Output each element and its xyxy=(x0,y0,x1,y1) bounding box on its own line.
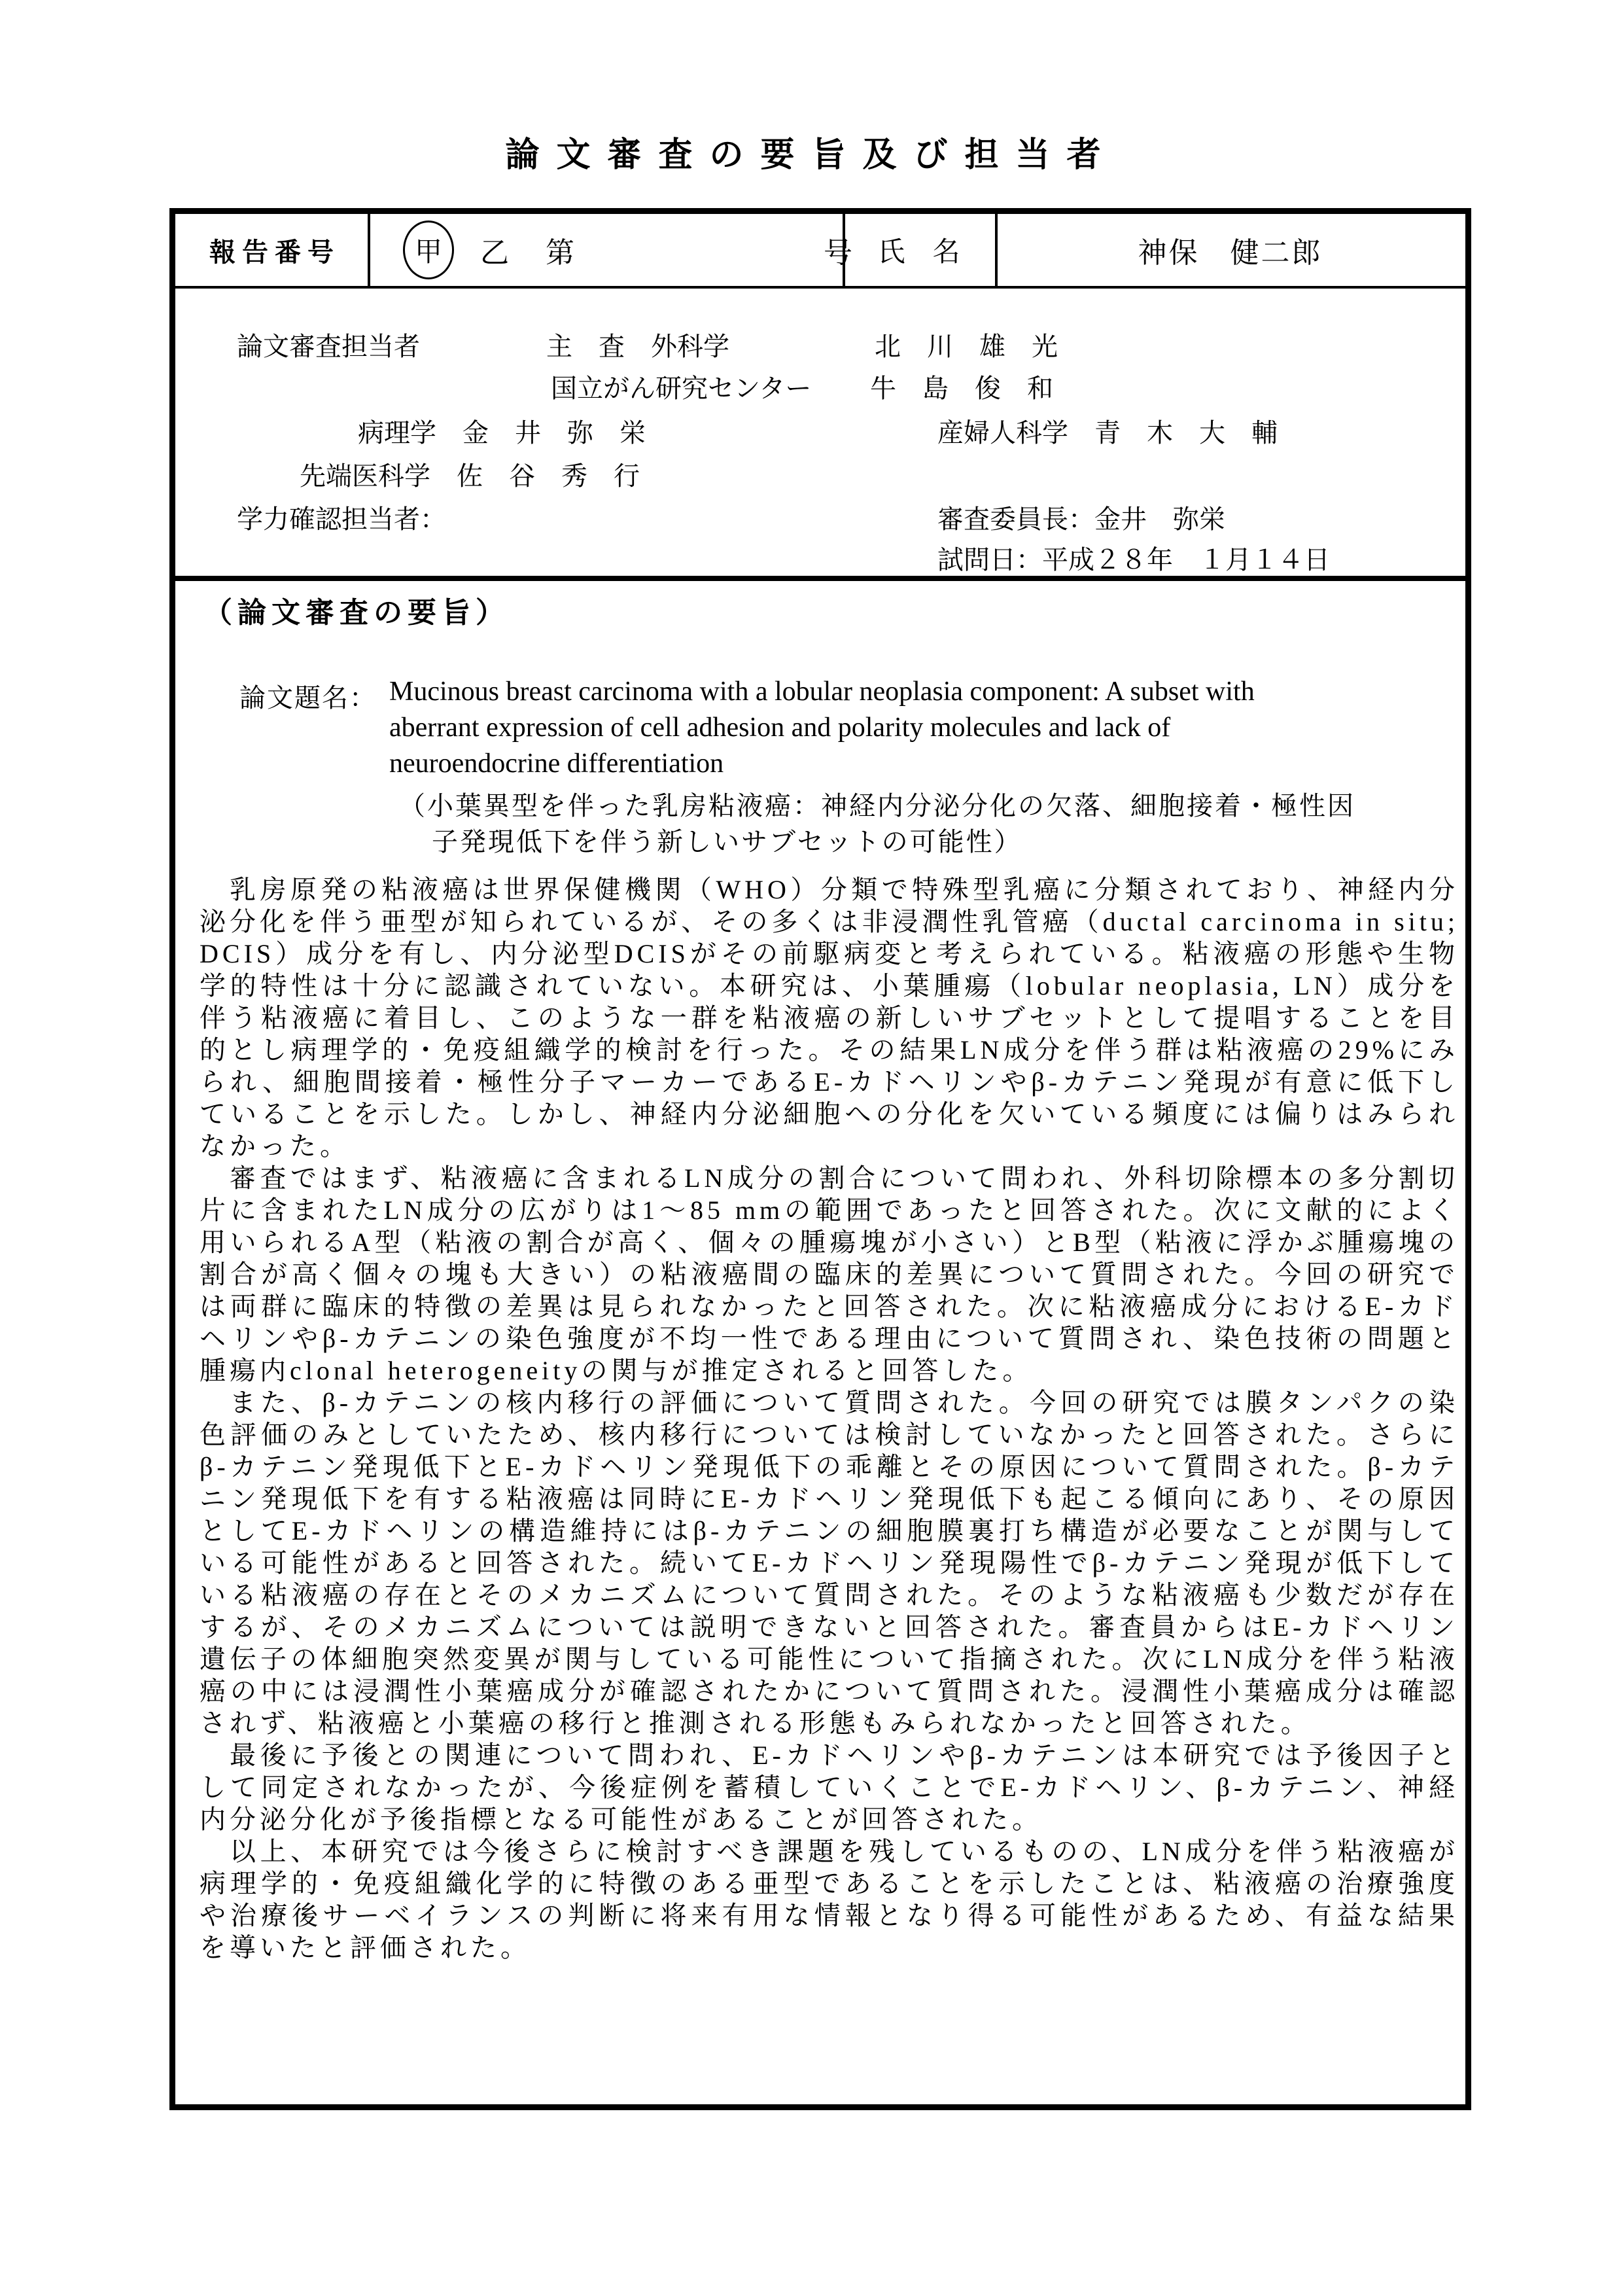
abstract-heading: （論文審査の要旨） xyxy=(203,589,510,631)
exam-date: 試問日：平成２８年 １月１４日 xyxy=(937,539,1330,576)
thesis-title-english: Mucinous breast carcinoma with a lobular… xyxy=(389,676,1255,707)
name-label: 氏 名 xyxy=(843,214,995,286)
thesis-title-label: 論文題名： xyxy=(239,677,377,715)
chief-examiner-field: 主 査 外科学 xyxy=(546,326,729,363)
summary-paragraph: 乳房原発の粘液癌は世界保健機関（WHO）分類で特殊型乳癌に分類されており、神経内… xyxy=(200,874,1459,1162)
committee-row: 学力確認担当者： 審査委員長：金井 弥栄 xyxy=(175,499,1465,530)
examiner-affiliation: 国立がん研究センター xyxy=(551,368,811,405)
page-title: 論文審査の要旨及び担当者 xyxy=(0,127,1623,176)
header-vertical-divider-3 xyxy=(995,214,998,286)
header-row-divider xyxy=(175,286,1465,289)
section-divider xyxy=(175,576,1465,581)
committee-row: 先端医科学 佐 谷 秀 行 xyxy=(175,455,1465,487)
committee-row: 試問日：平成２８年 １月１４日 xyxy=(175,539,1465,571)
thesis-title-japanese: 子発現低下を伴う新しいサブセットの可能性） xyxy=(432,821,1022,858)
examiner-field-name: 病理学 金 井 弥 栄 xyxy=(358,412,646,450)
thesis-title-english: aberrant expression of cell adhesion and… xyxy=(389,712,1170,743)
koh-circled-mark: 甲 xyxy=(403,221,454,279)
candidate-name: 神保 健二郎 xyxy=(995,214,1465,286)
koh-character: 甲 xyxy=(415,230,442,270)
summary-paragraph: 以上、本研究では今後さらに検討すべき課題を残しているものの、LN成分を伴う粘液癌… xyxy=(200,1835,1459,1964)
thesis-title-japanese: （小葉異型を伴った乳房粘液癌：神経内分泌分化の欠落、細胞接着・極性因 xyxy=(399,785,1355,822)
committee-row: 論文審査担当者 主 査 外科学 北 川 雄 光 xyxy=(175,326,1465,357)
header-vertical-divider-2 xyxy=(843,214,845,286)
otsu-dai-text: 乙 第 xyxy=(480,229,578,271)
examiner-name: 北 川 雄 光 xyxy=(875,326,1058,363)
committee-row: 病理学 金 井 弥 栄 産婦人科学 青 木 大 輔 xyxy=(175,412,1465,444)
report-table: 報告番号 甲 乙 第 号 氏 名 神保 健二郎 論文審査担当者 主 査 外科学 … xyxy=(169,208,1471,2110)
report-number-label: 報告番号 xyxy=(175,214,368,286)
header-vertical-divider-1 xyxy=(368,214,370,286)
academic-check-label: 学力確認担当者： xyxy=(237,499,446,536)
summary-paragraph: 最後に予後との関連について問われ、E-カドヘリンやβ-カテニンは本研究では予後因… xyxy=(200,1739,1459,1835)
report-number-cell: 甲 乙 第 号 xyxy=(370,214,875,286)
examiner-field-name: 産婦人科学 青 木 大 輔 xyxy=(937,412,1278,450)
examiner-field-name: 先端医科学 佐 谷 秀 行 xyxy=(300,455,640,493)
summary-paragraph: また、β-カテニンの核内移行の評価について質問された。今回の研究では膜タンパクの… xyxy=(200,1386,1459,1739)
committee-section-label: 論文審査担当者 xyxy=(237,326,420,363)
thesis-title-english: neuroendocrine differentiation xyxy=(389,748,724,779)
committee-row: 国立がん研究センター 牛 島 俊 和 xyxy=(175,368,1465,399)
review-summary-text: 乳房原発の粘液癌は世界保健機関（WHO）分類で特殊型乳癌に分類されており、神経内… xyxy=(200,874,1459,1964)
examiner-name: 牛 島 俊 和 xyxy=(870,368,1053,405)
document-page: 論文審査の要旨及び担当者 報告番号 甲 乙 第 号 氏 名 神保 健二郎 論文審… xyxy=(0,0,1623,2296)
committee-chair: 審査委員長：金井 弥栄 xyxy=(937,499,1225,536)
summary-paragraph: 審査ではまず、粘液癌に含まれるLN成分の割合について問われ、外科切除標本の多分割… xyxy=(200,1162,1459,1386)
